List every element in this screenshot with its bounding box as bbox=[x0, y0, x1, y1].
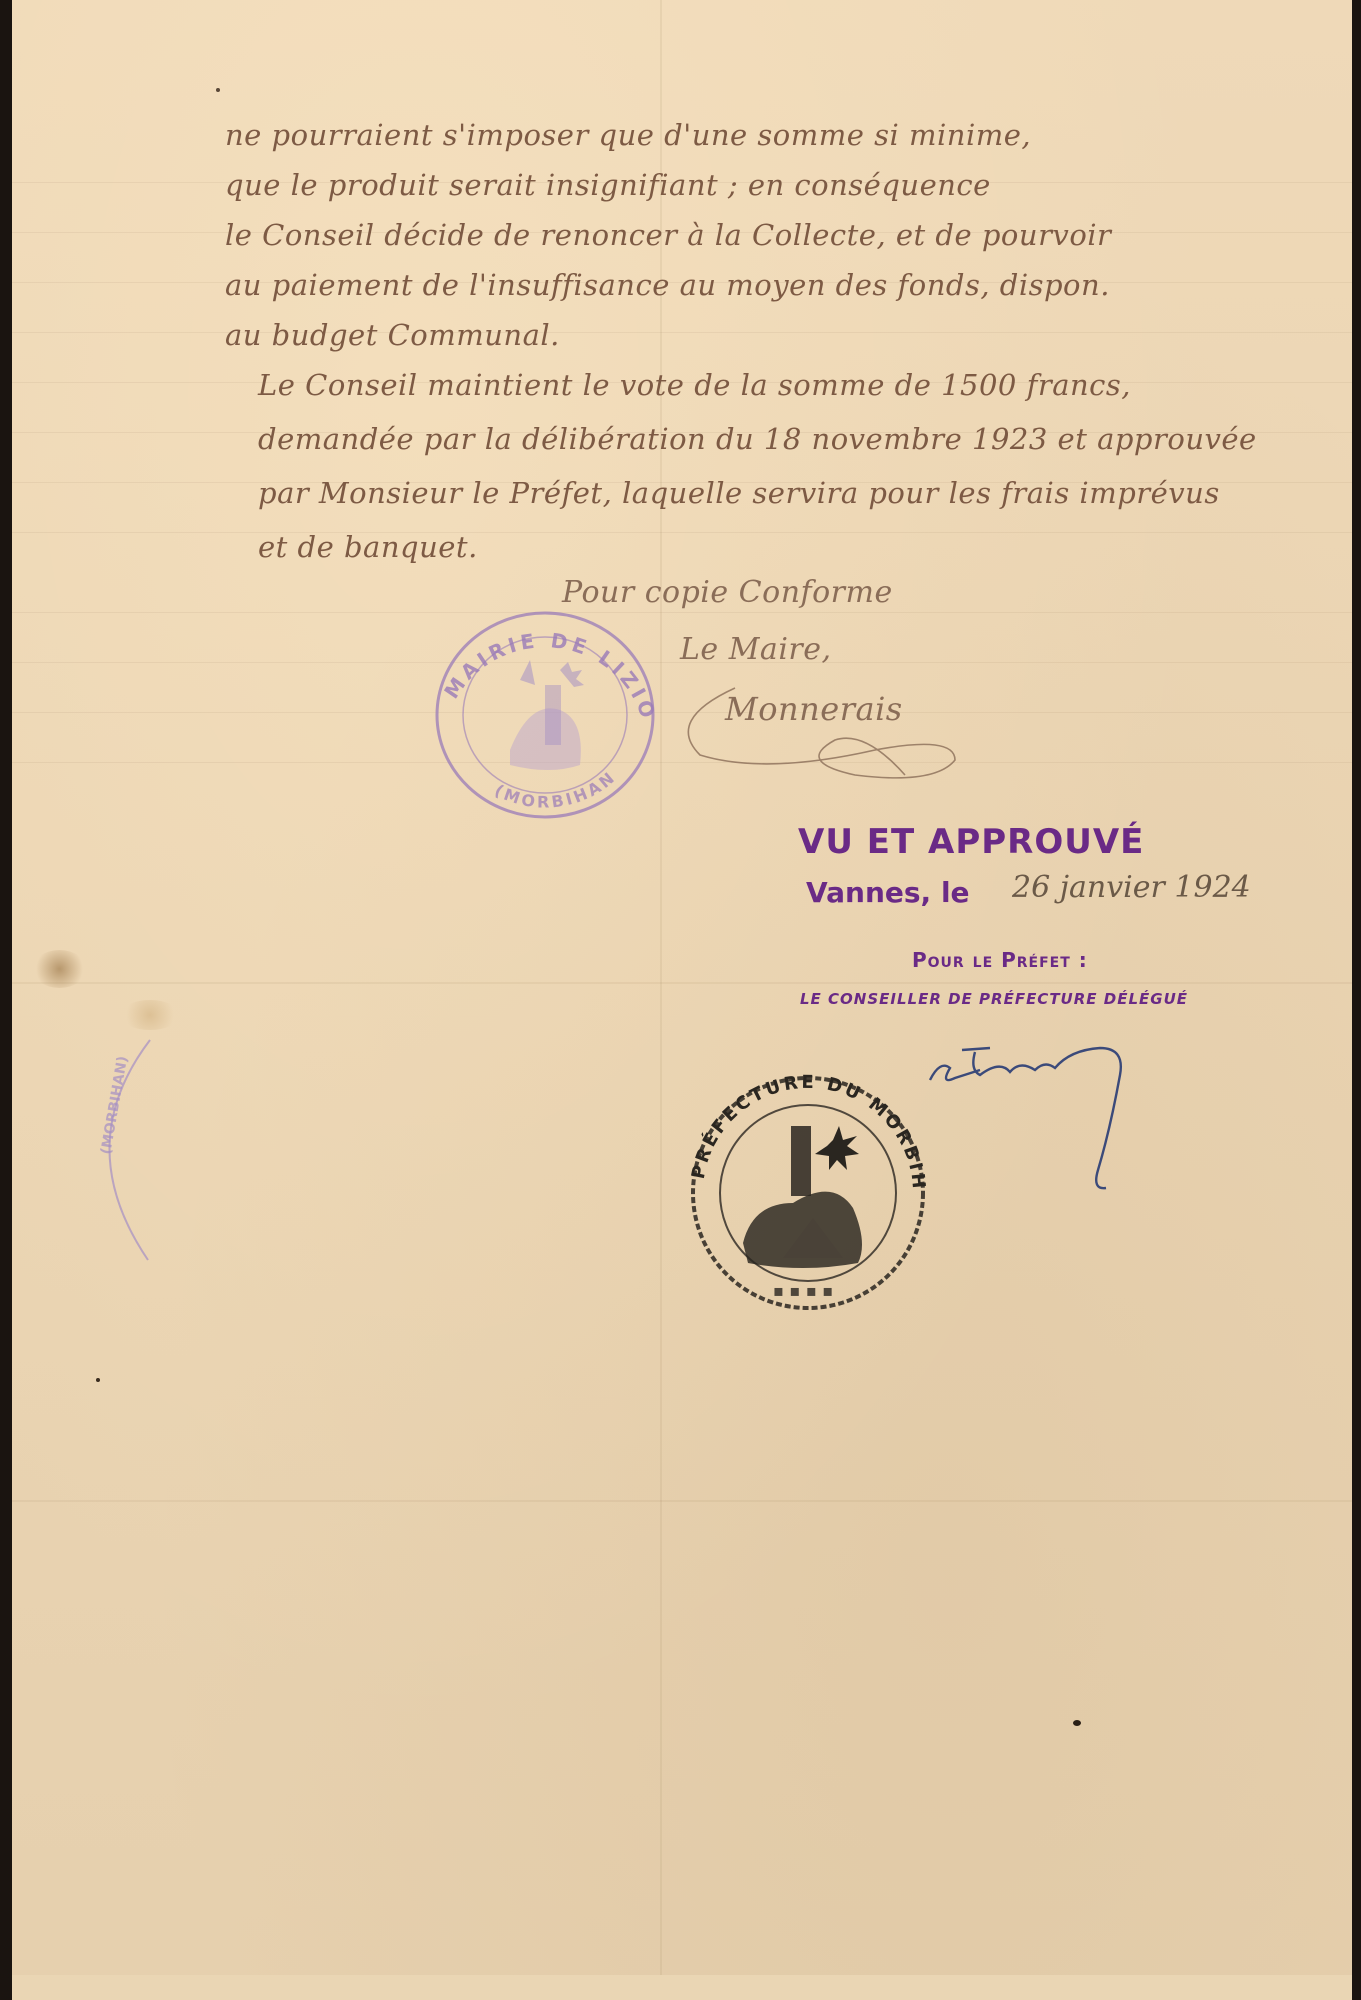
signature-flourish-icon bbox=[655, 680, 995, 790]
seal-icon: PRÉFECTURE DU MORBIHAN ▪ ▪ ▪ ▪ bbox=[683, 1068, 933, 1318]
certification-role: Le Maire, bbox=[680, 632, 832, 667]
speck bbox=[96, 1378, 100, 1382]
ruled-line bbox=[12, 332, 1352, 333]
for-prefect-label: Pour le Préfet : bbox=[912, 948, 1088, 972]
ruled-line bbox=[12, 532, 1352, 533]
body-line: au paiement de l'insuffisance au moyen d… bbox=[225, 268, 1110, 302]
speck bbox=[1073, 1720, 1081, 1726]
mairie-seal: MAIRIE DE LIZIO (MORBIHAN) bbox=[420, 600, 670, 820]
prefecture-seal: PRÉFECTURE DU MORBIHAN ▪ ▪ ▪ ▪ bbox=[683, 1068, 933, 1318]
approval-place: Vannes, le bbox=[806, 876, 970, 909]
body-line: au budget Communal. bbox=[225, 318, 560, 352]
body-line: par Monsieur le Préfet, laquelle servira… bbox=[258, 476, 1220, 510]
page-bottom-edge bbox=[12, 1975, 1352, 2000]
body-line: le Conseil décide de renoncer à la Colle… bbox=[225, 218, 1111, 252]
body-line: que le produit serait insignifiant ; en … bbox=[225, 168, 991, 202]
ink-stain bbox=[32, 950, 87, 988]
certification-line: Pour copie Conforme bbox=[562, 575, 893, 610]
stain bbox=[120, 1000, 180, 1030]
horizontal-fold bbox=[12, 982, 1352, 984]
faint-seal-left: (MORBIHAN) bbox=[80, 1035, 160, 1265]
speck bbox=[216, 88, 220, 92]
prefect-signature-icon bbox=[920, 1030, 1160, 1200]
body-line: et de banquet. bbox=[258, 530, 478, 564]
horizontal-fold bbox=[12, 1500, 1352, 1502]
svg-text:▪ ▪ ▪ ▪: ▪ ▪ ▪ ▪ bbox=[773, 1281, 833, 1300]
svg-text:(MORBIHAN): (MORBIHAN) bbox=[98, 1055, 131, 1156]
delegate-label: LE CONSEILLER DE PRÉFECTURE DÉLÉGUÉ bbox=[800, 990, 1188, 1008]
body-line: demandée par la délibération du 18 novem… bbox=[258, 422, 1257, 456]
seal-icon: MAIRIE DE LIZIO (MORBIHAN) bbox=[420, 600, 670, 820]
body-line: ne pourraient s'imposer que d'une somme … bbox=[225, 118, 1031, 152]
approval-date: 26 janvier 1924 bbox=[1012, 870, 1251, 905]
seal-icon: (MORBIHAN) bbox=[80, 1035, 160, 1265]
body-line: Le Conseil maintient le vote de la somme… bbox=[258, 368, 1131, 402]
approval-title: VU ET APPROUVÉ bbox=[798, 822, 1144, 862]
ruled-line bbox=[12, 612, 1352, 613]
